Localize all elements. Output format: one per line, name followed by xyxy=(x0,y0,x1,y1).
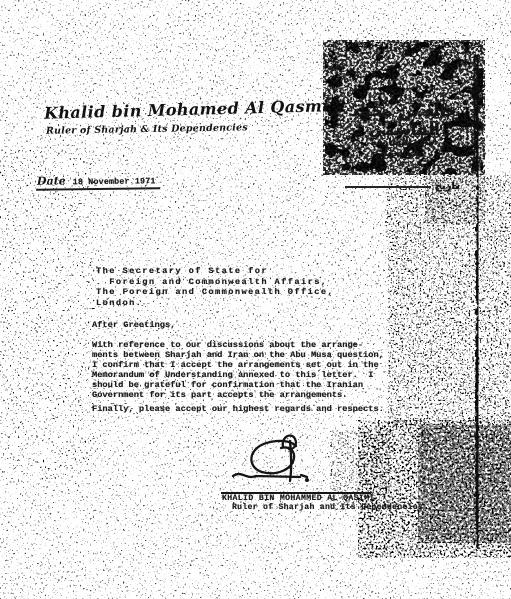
date-rule-arabic xyxy=(345,186,431,188)
recipient-address: The Secretary of State for Foreign and C… xyxy=(96,266,334,308)
scanned-letter-page: Khalid bin Mohamed Al Qasmi Ruler of Sha… xyxy=(0,0,511,599)
signature-glyph xyxy=(228,428,350,494)
right-margin-noise xyxy=(385,175,511,425)
bottom-right-noise xyxy=(330,420,511,558)
letterhead-title-arabic: حاكم الشارقة وتوابعها xyxy=(352,137,454,159)
left-margin-noise xyxy=(0,150,95,480)
date-line-arabic: تاريخ xyxy=(345,181,459,192)
date-label: Date xyxy=(37,174,66,187)
letterhead-name-arabic: خالد بن محمد القاسمي xyxy=(340,101,468,139)
date-line: Date 18 November 1971 xyxy=(36,173,160,191)
photocopy-edge-bar xyxy=(474,52,478,548)
closing-line: Finally, please accept our highest regar… xyxy=(92,404,384,414)
signature-name: KHALID BIN MOHAMMED AL-QASIMI xyxy=(222,494,375,503)
letterhead-title-script: Ruler of Sharjah & Its Dependencies xyxy=(46,122,248,137)
letter-body: With reference to our discussions about … xyxy=(92,341,384,400)
date-label-arabic: تاريخ xyxy=(435,181,459,192)
letterhead-name-script: Khalid bin Mohamed Al Qasmi xyxy=(44,96,329,122)
date-value: 18 November 1971 xyxy=(73,176,156,187)
signature-title: Ruler of Sharjah and Its Dependencies xyxy=(232,503,423,512)
salutation: After Greetings, xyxy=(92,320,175,330)
